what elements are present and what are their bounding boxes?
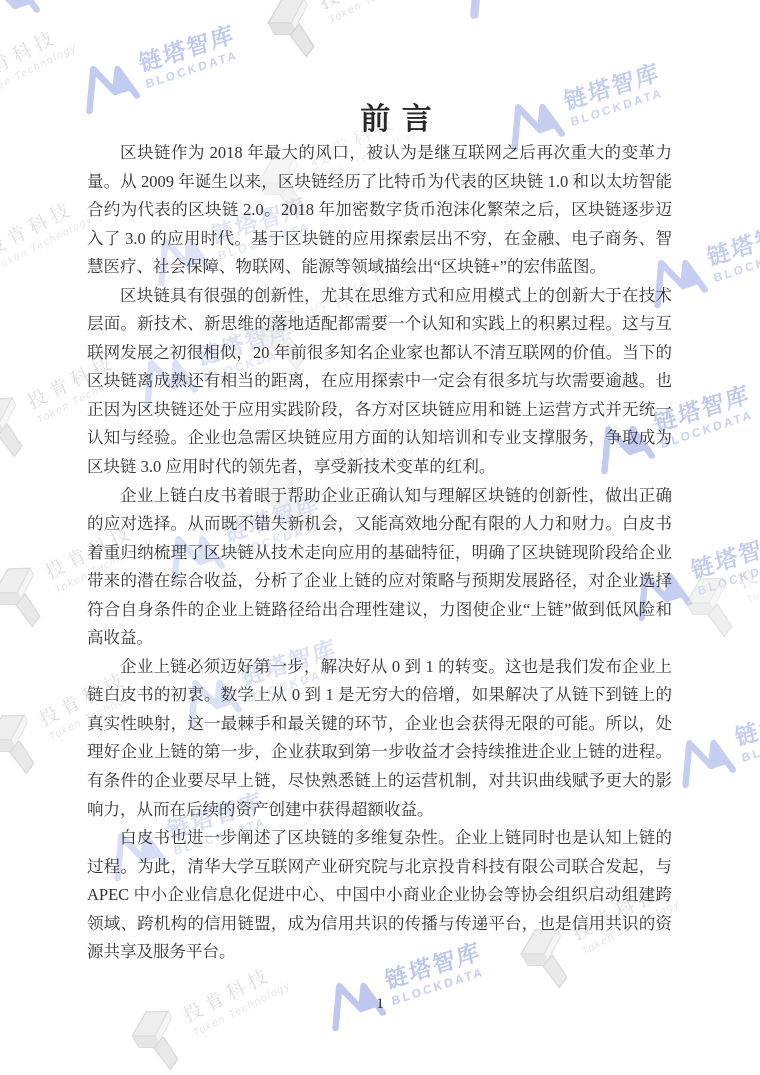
token-technology-logo-icon [257,0,332,67]
token-technology-logo-icon [0,703,52,785]
paragraph-2: 区块链具有很强的创新性，尤其在思维方式和应用模式上的创新大于在技术层面。新技术、… [87,282,672,482]
blockdata-watermark: 链塔智库 BLOCKDATA [669,692,760,789]
token-name-en: Token Technology [745,548,760,608]
token-name-cn: 投肯科技 [0,193,89,261]
blockdata-name-en: BLOCKDATA [741,721,760,765]
token-name-cn: 投肯科技 [316,0,422,14]
blockdata-logo-icon [0,0,41,29]
token-technology-watermark: 投肯科技 Token Technology [257,0,436,67]
token-watermark-text: 投肯科技 Token Technology [316,0,429,27]
paragraph-1: 区块链作为 2018 年最大的风口，被认为是继互联网之后再次重大的变革力量。从 … [87,139,672,282]
document-page: 链塔智库 BLOCKDATA 链塔智库 BLOCKDATA 链塔智库 BLOCK… [0,0,760,1075]
token-watermark-text: 投肯科技 Token Technology [0,21,79,102]
blockdata-watermark-text: 链塔智库 BLOCKDATA [688,529,760,598]
blockdata-name-en: BLOCKDATA [713,241,760,285]
blockdata-name-cn: 链塔智库 [733,695,760,751]
blockdata-watermark-text: 链塔智库 BLOCKDATA [704,216,760,285]
page-title: 前 言 [0,94,760,138]
token-technology-watermark: 投肯科技 Token Technology [675,513,760,648]
blockdata-watermark-text: 链塔智库 BLOCKDATA [732,696,760,765]
token-name-cn: 投肯科技 [0,21,73,89]
token-name-cn: 投肯科技 [180,959,286,1027]
paragraph-4: 企业上链必须迈好第一步，解决好从 0 到 1 的转变。这也是我们发布企业上链白皮… [87,653,672,824]
preface-body: 区块链作为 2018 年最大的风口，被认为是继互联网之后再次重大的变革力量。从 … [87,139,672,967]
page-number: 1 [0,996,760,1013]
blockdata-name-cn: 链塔智库 [137,21,237,77]
blockdata-name-cn: 链塔智库 [689,528,760,584]
token-technology-logo-icon [675,566,750,648]
token-name-en: Token Technology [327,0,429,27]
token-technology-logo-icon [0,386,40,468]
token-name-cn: 投肯科技 [734,526,760,594]
blockdata-watermark: 链塔智库 BLOCKDATA [0,0,41,29]
blockdata-watermark: 链塔智库 BLOCKDATA [452,0,675,20]
blockdata-name-en: BLOCKDATA [145,47,243,91]
paragraph-5: 白皮书也进一步阐述了区块链的多维复杂性。企业上链同时也是认知上链的过程。为此，清… [87,824,672,967]
blockdata-name-en: BLOCKDATA [697,554,760,598]
blockdata-logo-icon [452,0,541,20]
token-watermark-text: 投肯科技 Token Technology [0,193,95,274]
paragraph-3: 企业上链白皮书着眼于帮助企业正确认知与理解区块链的创新性，做出正确的应对选择。从… [87,482,672,653]
token-watermark-text: 投肯科技 Token Technology [734,526,760,607]
blockdata-logo-icon [669,726,737,789]
blockdata-name-cn: 链塔智库 [705,215,760,271]
token-name-en: Token Technology [0,215,95,275]
blockdata-name-en: BLOCKDATA [660,407,758,451]
token-technology-logo-icon [0,556,58,638]
blockdata-watermark-text: 链塔智库 BLOCKDATA [136,22,244,91]
